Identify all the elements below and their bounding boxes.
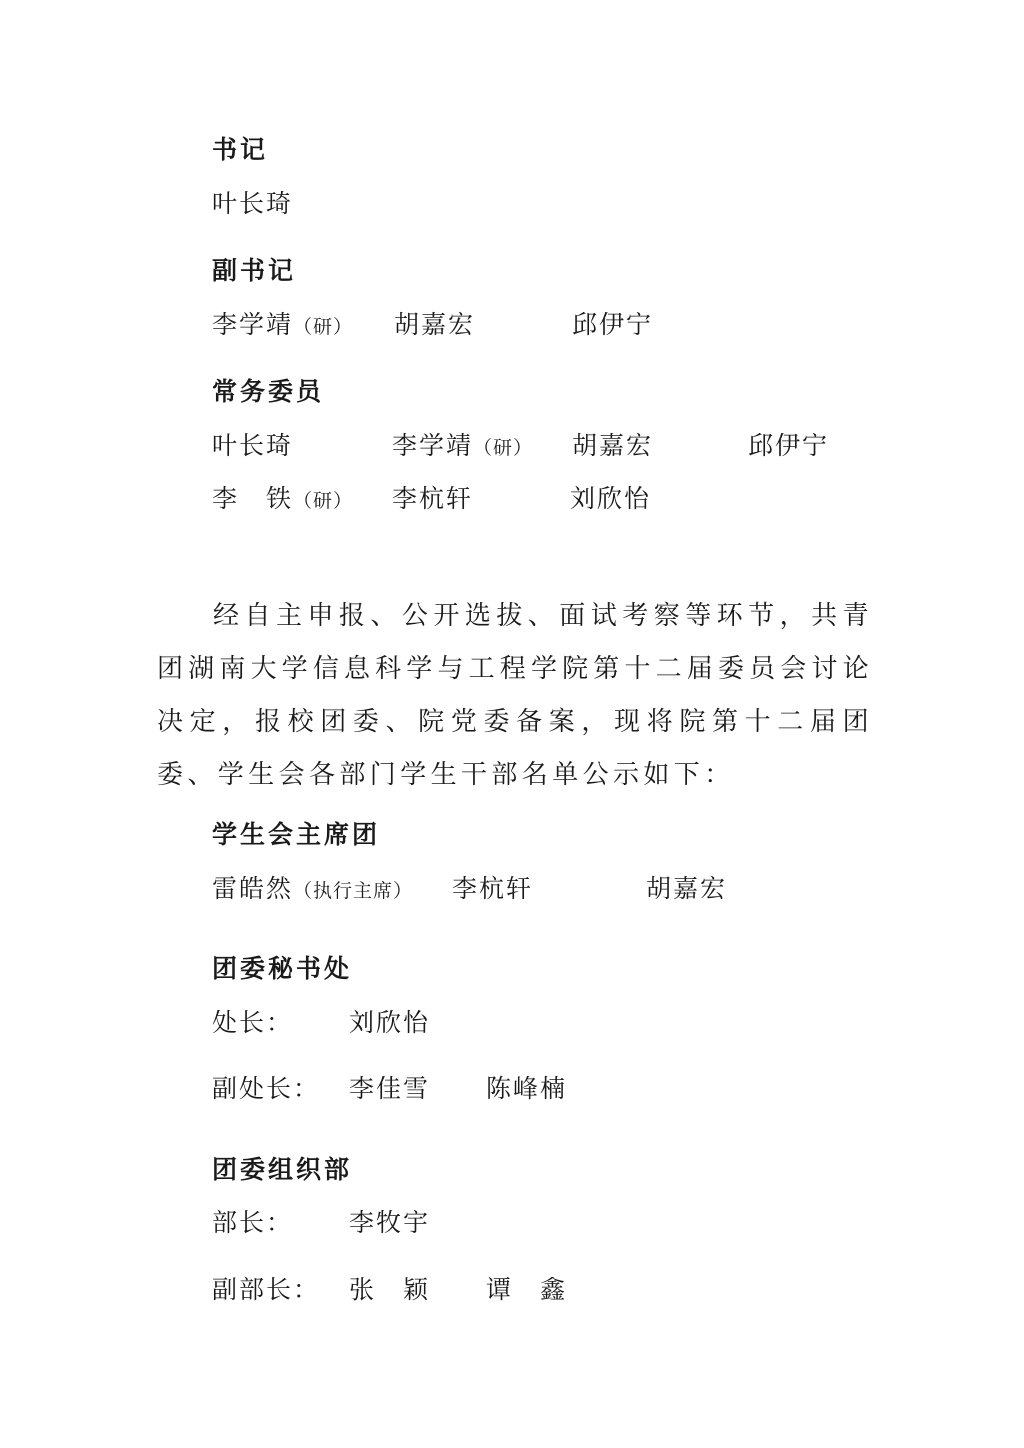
member-name: 李 铁（研） [212,483,353,517]
presidium-row: 雷皓然（执行主席） 李杭轩 胡嘉宏 [212,873,912,905]
announcement-paragraph: 经自主申报、公开选拔、面试考察等环节，共青团湖南大学信息科学与工程学院第十二届委… [157,590,873,802]
standing-committee-row-1: 叶长琦 李学靖（研） 胡嘉宏 邱伊宁 [212,430,912,462]
member-name: 胡嘉宏 [646,873,727,905]
member-name: 胡嘉宏 [394,309,475,341]
member-note: （研） [293,316,353,338]
deputy-secretary-row: 李学靖（研） 胡嘉宏 邱伊宁 [212,309,912,341]
member-name: 胡嘉宏 [572,430,653,462]
section-title-standing-committee: 常务委员 [212,376,324,408]
document-page: 书记 叶长琦 副书记 李学靖（研） 胡嘉宏 邱伊宁 常务委员 叶长琦 李学靖（研… [0,0,1024,1448]
member-name-text: 李学靖 [212,310,293,339]
organization-deputy-row: 副部长： 张 颖 谭 鑫 [212,1274,912,1306]
member-name: 李杭轩 [452,873,533,905]
member-name: 邱伊宁 [572,309,653,341]
member-name: 刘欣怡 [349,1007,430,1039]
secretariat-head-row: 处长： 刘欣怡 [212,1007,912,1039]
role-label: 副处长： [212,1073,320,1105]
section-title-deputy-secretary: 副书记 [212,255,296,287]
member-name: 李学靖（研） [212,309,353,343]
member-name: 李佳雪 [349,1073,430,1105]
section-title-student-union-presidium: 学生会主席团 [212,819,380,851]
member-name-text: 李 铁 [212,484,293,513]
member-name: 刘欣怡 [570,483,651,515]
member-name: 李牧宇 [349,1207,430,1239]
secretary-name: 叶长琦 [212,188,293,220]
section-title-league-secretariat: 团委秘书处 [212,953,352,985]
member-note: （执行主席） [293,880,413,902]
role-label: 副部长： [212,1274,320,1306]
role-label: 处长： [212,1007,293,1039]
member-name: 邱伊宁 [748,430,829,462]
secretariat-deputy-row: 副处长： 李佳雪 陈峰楠 [212,1073,912,1105]
member-name: 陈峰楠 [486,1073,567,1105]
member-note: （研） [293,490,353,512]
member-name-text: 雷皓然 [212,874,293,903]
member-note: （研） [473,437,533,459]
section-title-secretary: 书记 [212,134,268,166]
organization-head-row: 部长： 李牧宇 [212,1207,912,1239]
standing-committee-row-2: 李 铁（研） 李杭轩 刘欣怡 [212,483,912,515]
member-name: 张 颖 [349,1274,430,1306]
role-label: 部长： [212,1207,293,1239]
member-name: 谭 鑫 [486,1274,567,1306]
section-title-league-organization-dept: 团委组织部 [212,1154,352,1186]
member-name: 李学靖（研） [392,430,533,464]
member-name: 雷皓然（执行主席） [212,873,413,907]
member-name-text: 李学靖 [392,431,473,460]
member-name: 李杭轩 [392,483,473,515]
member-name: 叶长琦 [212,430,293,462]
